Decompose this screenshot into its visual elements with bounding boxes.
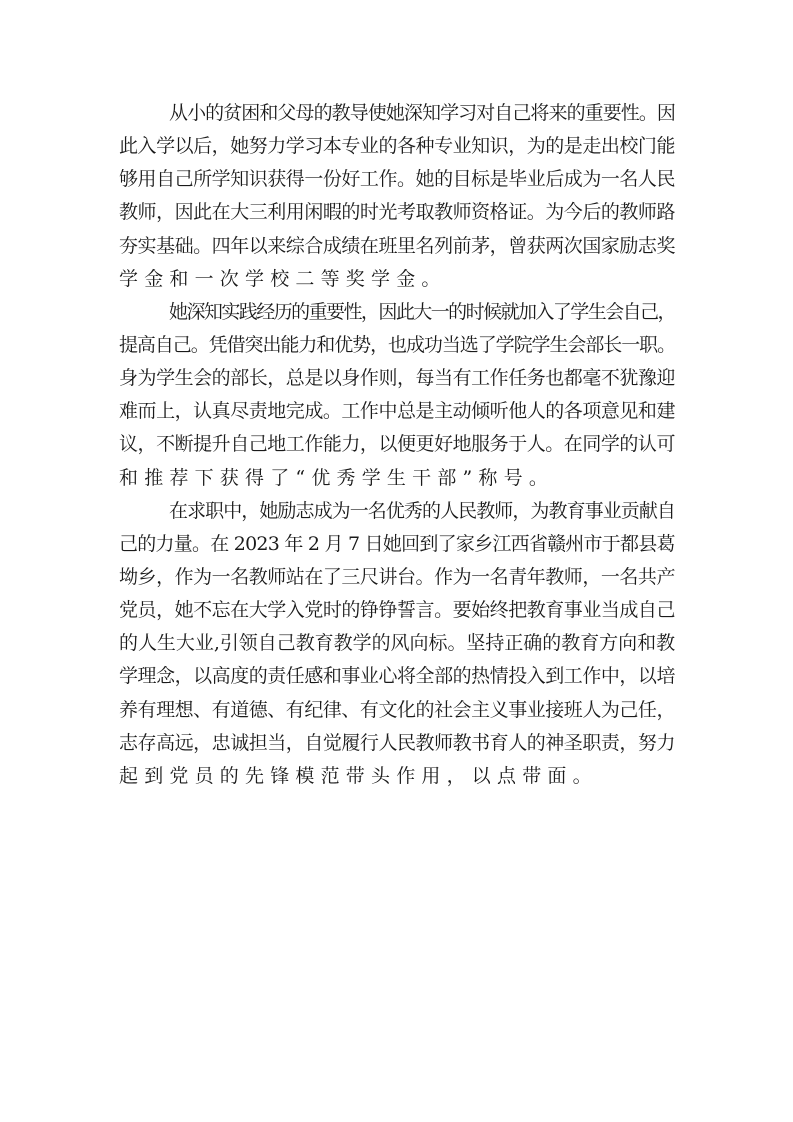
text-line: 夯实基础。四年以来综合成绩在班里名列前茅，曾获两次国家励志奖: [119, 230, 675, 263]
text-line: 学金和一次学校二等奖学金。: [119, 263, 675, 296]
text-line: 己的力量。在 2023 年 2 月 7 日她回到了家乡江西省赣州市于都县葛: [119, 528, 675, 561]
text-line: 起到党员的先锋模范带头作用，以点带面。: [119, 760, 675, 793]
text-line: 从小的贫困和父母的教导使她深知学习对自己将来的重要性。因: [119, 97, 675, 130]
text-line: 难而上，认真尽责地完成。工作中总是主动倾听他人的各项意见和建: [119, 395, 675, 428]
text-line: 志存高远，忠诚担当，自觉履行人民教师教书育人的神圣职责，努力: [119, 727, 675, 760]
text-line: 议，不断提升自己地工作能力，以便更好地服务于人。在同学的认可: [119, 428, 675, 461]
text-line: 养有理想、有道德、有纪律、有文化的社会主义事业接班人为己任，: [119, 694, 675, 727]
text-line: 坳乡，作为一名教师站在了三尺讲台。作为一名青年教师，一名共产: [119, 561, 675, 594]
paragraph-career: 在求职中，她励志成为一名优秀的人民教师，为教育事业贡献自 己的力量。在 2023…: [119, 495, 675, 793]
text-line: 身为学生会的部长，总是以身作则，每当有工作任务也都毫不犹豫迎: [119, 362, 675, 395]
text-line: 她深知实践经历的重要性，因此大一的时候就加入了学生会自己，: [119, 296, 675, 329]
document-body: 从小的贫困和父母的教导使她深知学习对自己将来的重要性。因 此入学以后，她努力学习…: [119, 97, 675, 793]
text-line: 学理念，以高度的责任感和事业心将全部的热情投入到工作中，以培: [119, 660, 675, 693]
text-line: 提高自己。凭借突出能力和优势，也成功当选了学院学生会部长一职。: [119, 329, 675, 362]
text-line: 和推荐下获得了“优秀学生干部”称号。: [119, 462, 675, 495]
text-line: 党员，她不忘在大学入党时的铮铮誓言。要始终把教育事业当成自己: [119, 594, 675, 627]
text-line: 教师，因此在大三利用闲暇的时光考取教师资格证。为今后的教师路: [119, 196, 675, 229]
paragraph-study: 从小的贫困和父母的教导使她深知学习对自己将来的重要性。因 此入学以后，她努力学习…: [119, 97, 675, 296]
paragraph-practice: 她深知实践经历的重要性，因此大一的时候就加入了学生会自己， 提高自己。凭借突出能…: [119, 296, 675, 495]
text-line: 在求职中，她励志成为一名优秀的人民教师，为教育事业贡献自: [119, 495, 675, 528]
document-page: 从小的贫困和父母的教导使她深知学习对自己将来的重要性。因 此入学以后，她努力学习…: [0, 0, 793, 1122]
text-line: 的人生大业,引领自己教育教学的风向标。坚持正确的教育方向和教: [119, 627, 675, 660]
text-line: 此入学以后，她努力学习本专业的各种专业知识，为的是走出校门能: [119, 130, 675, 163]
text-line: 够用自己所学知识获得一份好工作。她的目标是毕业后成为一名人民: [119, 163, 675, 196]
